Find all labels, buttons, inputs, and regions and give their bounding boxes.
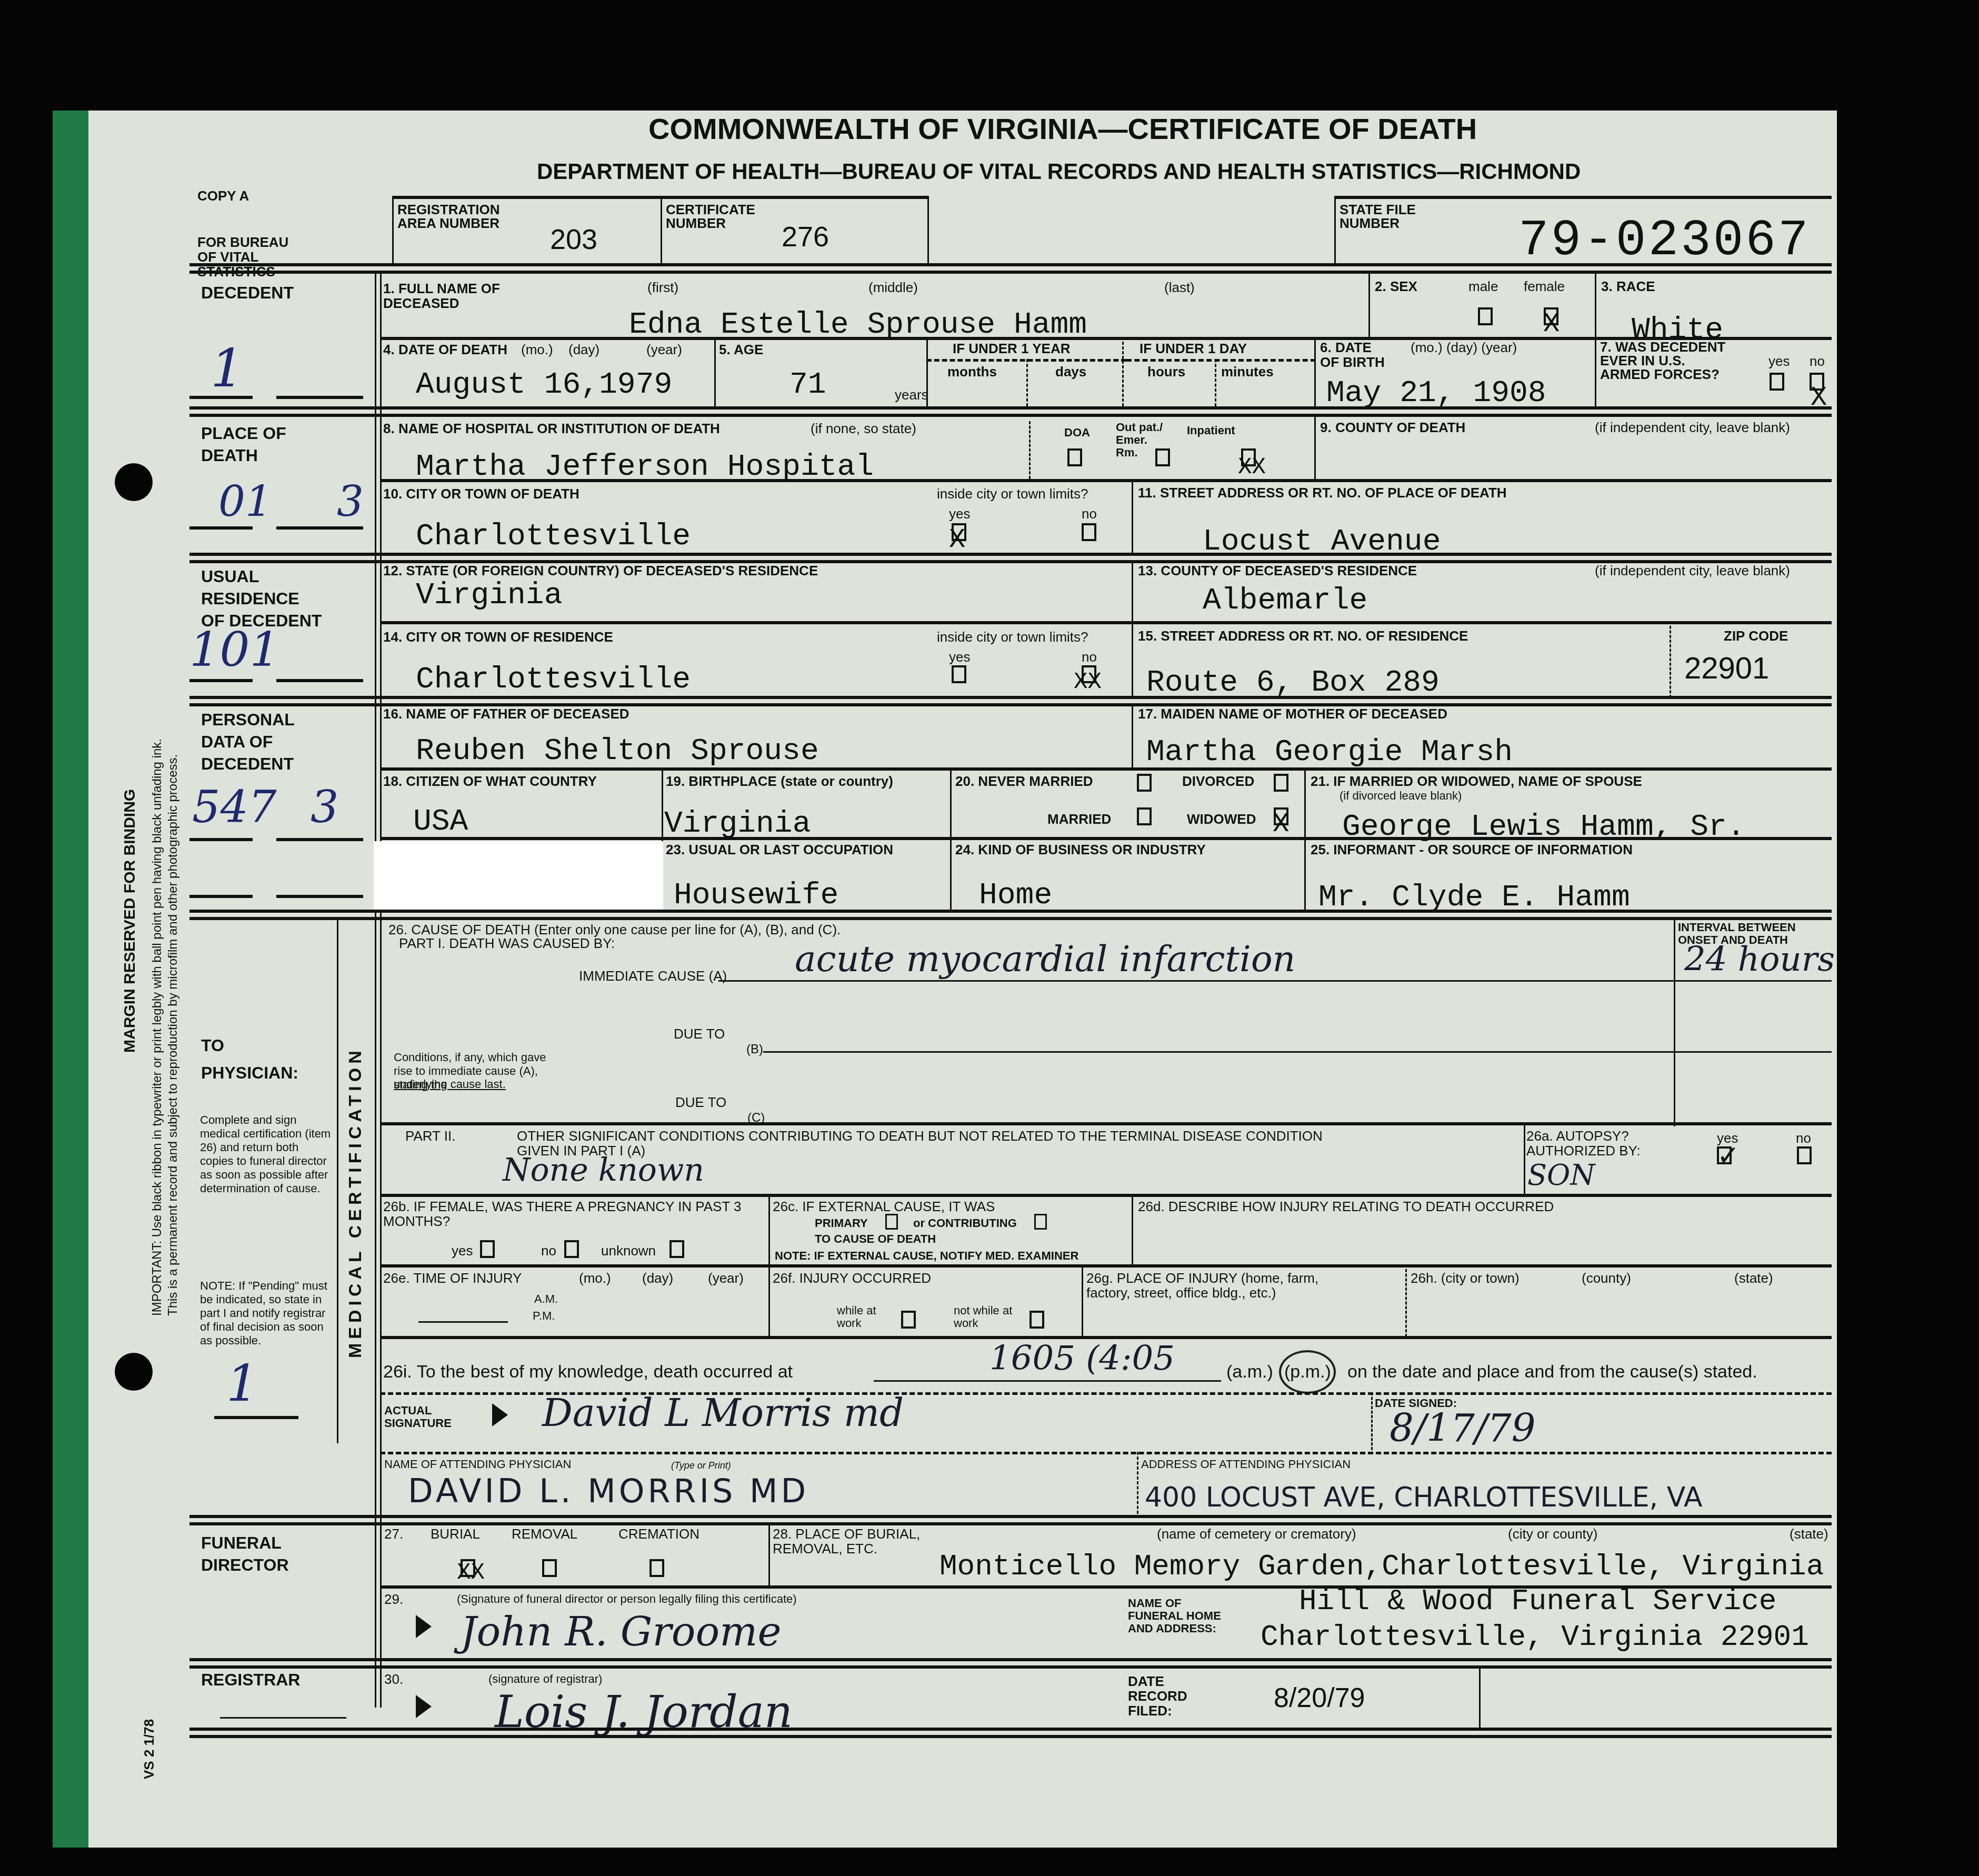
burial-label: BURIAL — [431, 1526, 480, 1541]
rule — [1132, 703, 1133, 771]
binding-hole — [115, 463, 153, 501]
zip-label: ZIP CODE — [1724, 628, 1788, 643]
residence-limits-no-mark: XX — [1074, 668, 1102, 696]
field-10-label: 10. CITY OR TOWN OF DEATH — [383, 486, 579, 501]
field-7-label: 7. WAS DECEDENT EVER IN U.S. ARMED FORCE… — [1600, 340, 1732, 381]
date-record-filed-value: 8/20/79 — [1274, 1682, 1365, 1714]
field-28-label: 28. PLACE OF BURIAL, REMOVAL, ETC. — [773, 1526, 931, 1556]
margin-important-line2: This is a permanent record and subject t… — [166, 754, 181, 1316]
rule — [189, 1735, 1832, 1738]
field-15-label: 15. STREET ADDRESS OR RT. NO. OF RESIDEN… — [1138, 628, 1468, 643]
rule — [1126, 359, 1316, 362]
rule — [380, 1264, 1832, 1268]
age-unit: years — [895, 387, 928, 402]
rule — [1674, 917, 1675, 1126]
minutes-label: minutes — [1221, 364, 1274, 379]
field-19-label: 19. BIRTHPLACE (state or country) — [666, 774, 893, 789]
binding-hole — [115, 1353, 153, 1391]
certificate-number-value: 276 — [782, 221, 829, 253]
date-of-birth-value: May 21, 1908 — [1326, 378, 1546, 410]
pregnancy-yes-checkbox[interactable] — [480, 1240, 495, 1258]
burial-mark: XX — [457, 1559, 485, 1586]
rule — [189, 1658, 1832, 1661]
section-decedent: DECEDENT — [201, 282, 294, 304]
occupation-value: Housewife — [674, 880, 838, 912]
divorced-checkbox[interactable] — [1274, 774, 1288, 792]
primary-label: PRIMARY — [815, 1217, 868, 1230]
field-26-part1: PART I. DEATH WAS CAUSED BY: — [399, 936, 615, 951]
pregnancy-unknown-checkbox[interactable] — [669, 1240, 684, 1258]
hospital-name-value: Martha Jefferson Hospital — [416, 452, 874, 483]
rule — [1371, 1392, 1373, 1450]
registrar-signature-hint: (signature of registrar) — [488, 1673, 602, 1685]
field-10-limits: inside city or town limits? — [937, 486, 1088, 501]
inpatient-mark: XX — [1238, 454, 1266, 481]
margin-code-personal-a: 547 — [192, 790, 276, 824]
field-29-label: 29. — [384, 1592, 403, 1606]
margin-code-residence: 101 — [189, 626, 280, 674]
rule — [1405, 1264, 1407, 1337]
rule — [1082, 1264, 1083, 1337]
death-limits-no-checkbox[interactable] — [1082, 523, 1096, 541]
form-code: VS 2 1/78 — [141, 1719, 157, 1779]
margin-important-line1: IMPORTANT: Use black ribbon in typewrite… — [150, 739, 165, 1316]
rule — [375, 271, 376, 1708]
field-26h-label: 26h. (city or town) — [1411, 1271, 1520, 1285]
field-26f-label: 26f. INJURY OCCURRED — [773, 1271, 931, 1285]
autopsy-no-label: no — [1796, 1131, 1811, 1145]
rule — [189, 414, 1832, 417]
field-26d-label: 26d. DESCRIBE HOW INJURY RELATING TO DEA… — [1138, 1199, 1554, 1214]
immediate-cause-label: IMMEDIATE CAUSE (A) — [579, 969, 727, 983]
funeral-director-signature[interactable]: John R. Groome — [461, 1611, 781, 1653]
residence-county-value: Albemarle — [1203, 585, 1367, 617]
certificate-subtitle: DEPARTMENT OF HEALTH—BUREAU OF VITAL REC… — [537, 159, 1581, 184]
autopsy-yes-check: ✓ — [1717, 1142, 1740, 1170]
divorced-label: DIVORCED — [1182, 774, 1254, 789]
residence-limits-yes-checkbox[interactable] — [952, 665, 966, 683]
registration-area-label: REGISTRATION AREA NUMBER — [397, 203, 529, 230]
field-6-mdy: (mo.) (day) (year) — [1411, 340, 1517, 355]
funeral-signature-hint: (Signature of funeral director or person… — [457, 1593, 797, 1605]
citizenship-value: USA — [413, 806, 468, 838]
field-6-label: 6. DATE OF BIRTH — [1320, 340, 1394, 370]
margin-binding-text: MARGIN RESERVED FOR BINDING — [121, 789, 139, 1053]
not-while-at-work-label: not while at work — [954, 1304, 1022, 1330]
pregnancy-no-checkbox[interactable] — [564, 1240, 579, 1258]
registration-area-value: 203 — [550, 224, 597, 255]
rule — [1122, 337, 1124, 406]
rule — [380, 621, 1832, 624]
field-14-limits: inside city or town limits? — [937, 630, 1088, 644]
rule — [1524, 1122, 1525, 1195]
under-day-label: IF UNDER 1 DAY — [1140, 341, 1247, 356]
due-to-b-label: DUE TO — [674, 1026, 725, 1041]
death-limits-yes-label: yes — [949, 506, 970, 521]
field-26a-label: 26a. AUTOPSY? AUTHORIZED BY: — [1526, 1129, 1647, 1158]
rule — [189, 838, 253, 841]
field-26i-label: 26i. To the best of my knowledge, death … — [383, 1362, 793, 1381]
rule — [189, 910, 1832, 913]
city-county-hint: (city or county) — [1508, 1526, 1598, 1541]
rule — [189, 406, 1832, 410]
rule — [189, 895, 253, 898]
field-26h-state: (state) — [1734, 1271, 1773, 1285]
rule — [1026, 359, 1028, 406]
rule — [337, 917, 338, 1443]
attending-physician-label: NAME OF ATTENDING PHYSICIAN — [384, 1458, 571, 1471]
immediate-cause-value: acute myocardial infarction — [795, 942, 1295, 977]
decedent-full-name: Edna Estelle Sprouse Hamm — [629, 310, 1087, 341]
section-place-of-death: PLACE OF DEATH — [201, 422, 317, 466]
field-9-label: 9. COUNTY OF DEATH — [1320, 420, 1465, 435]
external-cause-note: NOTE: IF EXTERNAL CAUSE, NOTIFY MED. EXA… — [775, 1250, 1078, 1262]
rule — [380, 837, 1832, 840]
physician-address-label: ADDRESS OF ATTENDING PHYSICIAN — [1141, 1458, 1351, 1471]
never-married-checkbox[interactable] — [1137, 774, 1152, 792]
cremation-checkbox[interactable] — [649, 1559, 664, 1577]
date-record-filed-label: DATE RECORD FILED: — [1128, 1674, 1223, 1718]
inpatient-label: Inpatient — [1187, 424, 1235, 437]
date-signed-value: 8/17/79 — [1390, 1411, 1536, 1445]
field-2-label: 2. SEX — [1375, 279, 1417, 294]
married-label: MARRIED — [1047, 812, 1111, 826]
mother-maiden-name-value: Martha Georgie Marsh — [1146, 737, 1513, 769]
father-name-value: Reuben Shelton Sprouse — [416, 736, 819, 767]
rule — [276, 526, 363, 530]
part2-value: None known — [503, 1153, 704, 1188]
injury-am-label: A.M. — [534, 1293, 558, 1305]
field-27-label: 27. — [384, 1526, 403, 1541]
residence-address-value: Route 6, Box 289 — [1146, 667, 1440, 699]
margin-code-decedent: 1 — [211, 342, 244, 395]
while-at-work-label: while at work — [837, 1304, 895, 1330]
sex-female-label: female — [1524, 279, 1565, 294]
section-personal-data: PERSONAL DATA OF DECEDENT — [201, 709, 306, 775]
rule — [874, 1380, 1221, 1382]
copy-label: COPY A — [197, 188, 249, 203]
contributing-label: or CONTRIBUTING — [913, 1217, 1017, 1230]
margin-code-physician: 1 — [226, 1358, 258, 1409]
under-year-label: IF UNDER 1 YEAR — [953, 341, 1070, 356]
rule — [1674, 980, 1832, 982]
b-label: (B) — [746, 1042, 763, 1057]
city-of-death-value: Charlottesville — [416, 521, 691, 553]
birthplace-value: Virginia — [664, 809, 811, 840]
date-of-death-value: August 16,1979 — [416, 370, 672, 401]
time-of-death-value: 1605 (4:05 — [989, 1341, 1175, 1376]
field-4-day: (day) — [568, 342, 599, 357]
binding-strip — [53, 111, 88, 1848]
armed-no-label: no — [1810, 354, 1825, 368]
due-to-c-label: DUE TO — [675, 1095, 726, 1110]
field-4-year: (year) — [646, 342, 682, 357]
hours-label: hours — [1147, 364, 1185, 379]
section-to-physician: TO PHYSICIAN: — [201, 1032, 306, 1086]
rule — [276, 396, 363, 399]
injury-pm-label: P.M. — [533, 1310, 555, 1322]
rule — [1334, 196, 1336, 265]
funeral-home-name: Hill & Wood Funeral Service — [1299, 1585, 1776, 1617]
field-26h-county: (county) — [1582, 1271, 1631, 1285]
rule — [220, 1717, 346, 1719]
field-8-hint: (if none, so state) — [811, 421, 916, 436]
registrar-signature-arrow-icon — [416, 1695, 432, 1718]
rule — [927, 196, 929, 265]
rule — [392, 196, 394, 265]
rule — [189, 1522, 1832, 1525]
rule — [214, 1416, 298, 1419]
rule — [1314, 414, 1316, 480]
place-of-burial-value: Monticello Memory Garden,Charlottesville… — [939, 1551, 1824, 1582]
rule — [1137, 1452, 1138, 1514]
rule — [189, 917, 1832, 920]
field-11-label: 11. STREET ADDRESS OR RT. NO. OF PLACE O… — [1138, 485, 1507, 500]
outpat-checkbox[interactable] — [1155, 448, 1170, 466]
field-1-last-label: (last) — [1164, 280, 1195, 295]
rule — [1479, 1665, 1481, 1729]
widowed-label: WIDOWED — [1187, 812, 1256, 826]
field-3-label: 3. RACE — [1601, 279, 1655, 294]
residence-limits-yes-label: yes — [949, 650, 970, 664]
residence-state-value: Virginia — [416, 580, 562, 612]
state-hint: (state) — [1790, 1526, 1828, 1541]
autopsy-authorized-by-value: SON — [1527, 1158, 1595, 1193]
primary-checkbox[interactable] — [885, 1214, 898, 1230]
removal-checkbox[interactable] — [542, 1559, 557, 1577]
field-14-label: 14. CITY OR TOWN OF RESIDENCE — [383, 630, 613, 644]
physician-signature[interactable]: David L Morris md — [542, 1393, 904, 1433]
funeral-home-label: NAME OF FUNERAL HOME AND ADDRESS: — [1128, 1597, 1223, 1635]
sex-male-label: male — [1468, 279, 1498, 294]
field-26i-suffix: on the date and place and from the cause… — [1347, 1362, 1757, 1381]
rule — [392, 196, 927, 199]
rule — [189, 679, 253, 682]
rule — [189, 396, 253, 399]
armed-yes-checkbox[interactable] — [1770, 373, 1784, 391]
conditions-note-underlined: underlying cause last. — [394, 1078, 506, 1091]
rule — [380, 767, 1832, 771]
pregnancy-no-label: no — [541, 1243, 556, 1258]
funeral-home-address: Charlottesville, Virginia 22901 — [1261, 1621, 1809, 1653]
field-26e-year: (year) — [708, 1271, 744, 1285]
certificate-title: COMMONWEALTH OF VIRGINIA—CERTIFICATE OF … — [648, 112, 1477, 146]
redacted-field-22 — [374, 841, 663, 911]
rule — [1132, 479, 1133, 554]
field-26e-day: (day) — [642, 1271, 673, 1285]
rule — [189, 263, 1832, 266]
field-21-hint: (if divorced leave blank) — [1340, 790, 1462, 802]
field-4-mo: (mo.) — [521, 342, 553, 357]
rule — [189, 1728, 1832, 1731]
rule — [1029, 421, 1031, 479]
field-21-label: 21. IF MARRIED OR WIDOWED, NAME OF SPOUS… — [1311, 774, 1642, 789]
doa-checkbox[interactable] — [1067, 448, 1082, 466]
field-26g-label: 26g. PLACE OF INJURY (home, farm, factor… — [1086, 1271, 1360, 1300]
sex-male-checkbox[interactable] — [1478, 307, 1493, 325]
margin-code-personal-b: 3 — [311, 790, 338, 824]
removal-label: REMOVAL — [512, 1526, 577, 1541]
married-checkbox[interactable] — [1137, 807, 1152, 825]
pending-note: NOTE: If "Pending" must be indicated, so… — [200, 1279, 334, 1348]
state-file-label: STATE FILE NUMBER — [1340, 203, 1418, 230]
rule — [380, 479, 1832, 482]
rule — [189, 1515, 1832, 1518]
rule — [276, 895, 363, 898]
field-1-middle-label: (middle) — [868, 280, 918, 295]
business-value: Home — [979, 880, 1052, 912]
field-26e-mo: (mo.) — [579, 1271, 611, 1285]
rule — [380, 1194, 1832, 1197]
field-16-label: 16. NAME OF FATHER OF DECEASED — [383, 706, 629, 721]
field-9-hint: (if independent city, leave blank) — [1595, 420, 1790, 435]
rule — [276, 679, 363, 682]
pregnancy-yes-label: yes — [452, 1243, 473, 1258]
residence-limits-no-label: no — [1082, 650, 1097, 664]
field-8-label: 8. NAME OF HOSPITAL OR INSTITUTION OF DE… — [383, 421, 720, 436]
residence-zip-value: 22901 — [1684, 653, 1769, 684]
field-18-label: 18. CITIZEN OF WHAT COUNTRY — [383, 774, 597, 789]
death-limits-no-label: no — [1082, 506, 1097, 521]
rule — [189, 526, 253, 530]
rule — [1132, 1194, 1133, 1266]
widowed-mark: X — [1273, 811, 1289, 838]
field-26-label: 26. CAUSE OF DEATH (Enter only one cause… — [388, 922, 841, 937]
field-23-label: 23. USUAL OR LAST OCCUPATION — [666, 842, 893, 857]
to-cause-label: TO CAUSE OF DEATH — [815, 1233, 936, 1245]
days-label: days — [1055, 364, 1086, 379]
rule — [1368, 271, 1370, 338]
certificate-number-label: CERTIFICATE NUMBER — [666, 203, 771, 230]
field-26b-label: 26b. IF FEMALE, WAS THERE A PREGNANCY IN… — [383, 1199, 752, 1229]
field-1-first-label: (first) — [647, 280, 678, 295]
medical-certification-vertical: MEDICAL CERTIFICATION — [345, 1046, 366, 1358]
rule — [380, 1452, 1832, 1454]
field-4-label: 4. DATE OF DEATH — [383, 342, 507, 357]
age-value: 71 — [789, 370, 826, 401]
rule — [1215, 359, 1216, 406]
cemetery-hint: (name of cemetery or crematory) — [1157, 1526, 1356, 1541]
section-registrar: REGISTRAR — [201, 1669, 300, 1691]
rule — [276, 838, 363, 841]
rule — [189, 696, 1832, 699]
residence-city-value: Charlottesville — [416, 664, 691, 696]
pm-circle — [1279, 1350, 1336, 1394]
field-12-label: 12. STATE (OR FOREIGN COUNTRY) OF DECEAS… — [383, 563, 818, 578]
rule — [1314, 337, 1316, 406]
field-17-label: 17. MAIDEN NAME OF MOTHER OF DECEASED — [1138, 706, 1447, 721]
field-24-label: 24. KIND OF BUSINESS OR INDUSTRY — [955, 842, 1206, 857]
field-13-hint: (if independent city, leave blank) — [1595, 563, 1790, 578]
funeral-signature-arrow-icon — [416, 1615, 432, 1638]
field-26c-label: 26c. IF EXTERNAL CAUSE, IT WAS — [773, 1199, 995, 1214]
rule — [718, 980, 1674, 982]
rule — [380, 1122, 1832, 1125]
field-13-label: 13. COUNTY OF DECEASED'S RESIDENCE — [1138, 563, 1417, 578]
time-am-label: (a.m.) — [1226, 1362, 1273, 1381]
not-while-at-work-checkbox[interactable] — [1030, 1311, 1044, 1329]
attending-physician-hint: (Type or Print) — [671, 1459, 731, 1472]
months-label: months — [947, 364, 997, 379]
while-at-work-checkbox[interactable] — [901, 1311, 916, 1329]
physician-instructions: Complete and sign medical certification … — [200, 1113, 334, 1195]
armed-yes-label: yes — [1768, 354, 1790, 368]
physician-address-value: 400 LOCUST AVE, CHARLOTTESVILLE, VA — [1145, 1480, 1702, 1515]
rule — [714, 337, 716, 406]
actual-signature-label: ACTUAL SIGNATURE — [384, 1404, 442, 1430]
rule — [1670, 621, 1671, 698]
contributing-checkbox[interactable] — [1034, 1214, 1047, 1230]
field-1-label: 1. FULL NAME OF DECEASED — [383, 281, 520, 311]
rule — [418, 1321, 508, 1323]
field-20-label: 20. NEVER MARRIED — [955, 774, 1093, 789]
rule — [926, 337, 928, 406]
rule — [189, 271, 1832, 274]
part2-label: PART II. — [405, 1129, 455, 1143]
rule — [380, 271, 382, 1708]
field-30-label: 30. — [384, 1672, 403, 1687]
rule — [189, 553, 1832, 556]
field-26e-label: 26e. TIME OF INJURY — [383, 1271, 522, 1285]
section-funeral-director: FUNERAL DIRECTOR — [201, 1532, 306, 1576]
rule — [189, 1665, 1832, 1669]
rule — [1132, 560, 1133, 698]
rule — [661, 196, 662, 265]
rule — [763, 1051, 1832, 1053]
rule — [1334, 196, 1832, 199]
rule — [768, 1522, 770, 1586]
doa-label: DOA — [1064, 426, 1090, 439]
signature-arrow-icon — [492, 1403, 508, 1426]
death-limits-yes-mark: X — [949, 526, 965, 554]
attending-physician-value: DAVID L. MORRIS MD — [408, 1474, 809, 1509]
autopsy-no-checkbox[interactable] — [1797, 1146, 1812, 1164]
margin-code-place-b: 3 — [337, 484, 364, 519]
margin-code-place-a: 01 — [218, 484, 272, 519]
sex-female-mark: X — [1543, 311, 1560, 338]
field-25-label: 25. INFORMANT - OR SOURCE OF INFORMATION — [1311, 842, 1633, 857]
state-file-value: 79-023067 — [1518, 216, 1810, 266]
pregnancy-unknown-label: unknown — [601, 1243, 656, 1258]
cremation-label: CREMATION — [618, 1526, 699, 1541]
interval-value: 24 hours — [1684, 942, 1835, 977]
informant-value: Mr. Clyde E. Hamm — [1318, 882, 1630, 914]
field-5-label: 5. AGE — [719, 342, 763, 357]
